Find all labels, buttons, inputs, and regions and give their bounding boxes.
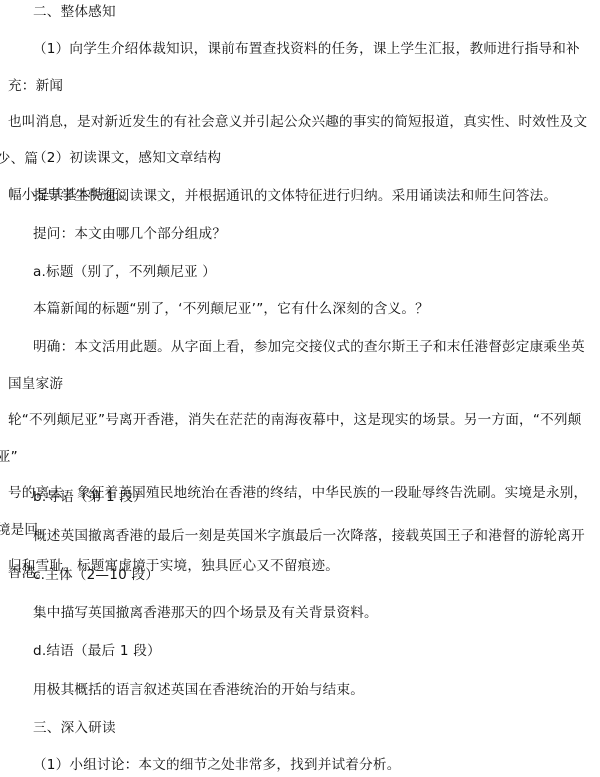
item-c-body: c.主体（2—10 段） [8, 557, 594, 594]
section-heading-overall-perception: 二、整体感知 [8, 0, 594, 31]
paragraph-question: 提问：本文由哪几个部分组成？ [8, 216, 594, 253]
item-b-lead: b.导语（第 1 段） [8, 479, 594, 516]
paragraph-reading-guidance: 指导学生快速阅读课文，并根据通讯的文体特征进行归纳。采用诵读法和师生问答法。 [8, 178, 594, 215]
paragraph-line: 明确：本文活用此题。从字面上看，参加完交接仪式的查尔斯王子和末任港督彭定康乘坐英… [8, 329, 594, 402]
paragraph-line: 轮“不列颠尼亚”号离开香港，消失在茫茫的南海夜幕中，这是现实的场景。另一方面，“… [0, 402, 594, 475]
paragraph-title-meaning-question: 本篇新闻的标题“别了，‘不列颠尼亚’”，它有什么深刻的含义。？ [8, 291, 594, 328]
paragraph-conclusion-summary: 用极其概括的语言叙述英国在香港统治的开始与结束。 [8, 672, 594, 709]
section-heading-deep-reading: 三、深入研读 [8, 710, 594, 747]
document-page: 二、整体感知 （1）向学生介绍体裁知识，课前布置查找资料的任务，课上学生汇报，教… [0, 0, 600, 777]
paragraph-body-summary: 集中描写英国撤离香港那天的四个场景及有关背景资料。 [8, 595, 594, 632]
item-d-conclusion: d.结语（最后 1 段） [8, 633, 594, 670]
item-a-title: a.标题（别了，不列颠尼亚 ） [8, 254, 594, 291]
paragraph-line: （1）向学生介绍体裁知识，课前布置查找资料的任务，课上学生汇报，教师进行指导和补… [8, 31, 594, 104]
subheading-first-reading: （2）初读课文，感知文章结构 [8, 140, 594, 177]
paragraph-group-discussion: （1）小组讨论：本文的细节之处非常多，找到并试着分析。 [8, 747, 594, 777]
